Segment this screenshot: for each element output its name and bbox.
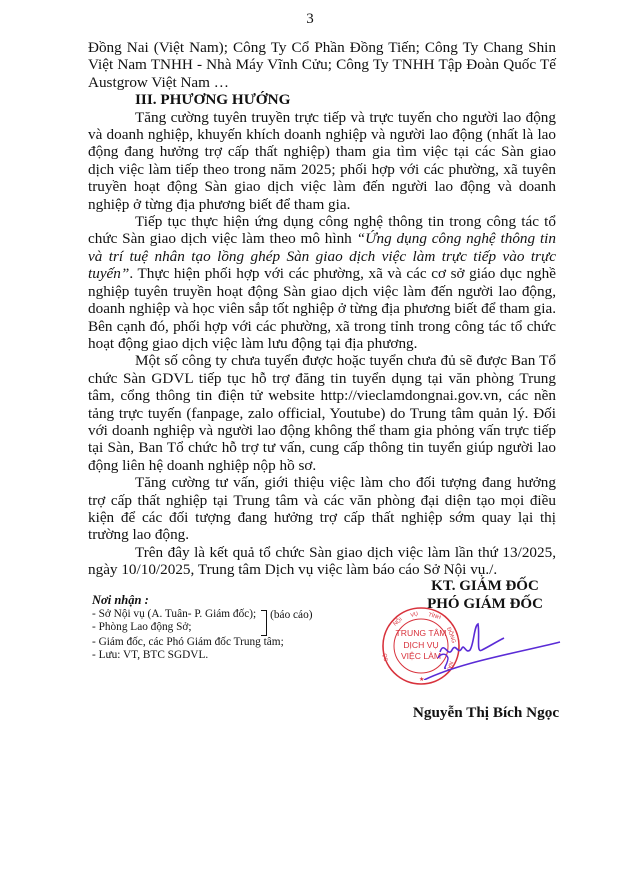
paragraph-3: Một số công ty chưa tuyển được hoặc tuyể… xyxy=(88,352,556,474)
signer-name: Nguyễn Thị Bích Ngọc xyxy=(400,704,572,722)
brace-note: (báo cáo) xyxy=(270,609,312,636)
paragraph-2-text-after: . Thực hiện phối hợp với các phường, xã … xyxy=(88,265,556,352)
paragraph-2: Tiếp tục thực hiện ứng dụng công nghệ th… xyxy=(88,213,556,352)
paragraph-1: Tăng cường tuyên truyền trực tiếp và trự… xyxy=(88,109,556,213)
paragraph-4: Tăng cường tư vấn, giới thiệu việc làm c… xyxy=(88,474,556,544)
paragraph-5: Trên đây là kết quả tổ chức Sàn giao dịc… xyxy=(88,544,556,579)
svg-text:NỘI: NỘI xyxy=(392,616,404,628)
brace-bracket xyxy=(261,610,267,636)
recipient-item: - Sở Nội vụ (A. Tuân- P. Giám đốc); xyxy=(92,608,256,621)
recipients-block: Nơi nhận : - Sở Nội vụ (A. Tuân- P. Giám… xyxy=(92,594,312,663)
continuation-paragraph: Đồng Nai (Việt Nam); Công Ty Cổ Phần Đồn… xyxy=(88,39,556,91)
document-body: Đồng Nai (Việt Nam); Công Ty Cổ Phần Đồn… xyxy=(88,39,556,579)
page-number: 3 xyxy=(0,11,620,28)
handwritten-signature-icon xyxy=(412,620,562,680)
recipient-item: - Lưu: VT, BTC SGDVL. xyxy=(92,649,312,662)
recipient-item: - Phòng Lao động Sở; xyxy=(92,621,256,634)
recipients-title: Nơi nhận : xyxy=(92,594,312,607)
svg-text:VỤ: VỤ xyxy=(410,611,419,619)
recipient-item: - Giám đốc, các Phó Giám đốc Trung tâm; xyxy=(92,636,312,649)
signature-line-1: KT. GIÁM ĐỐC xyxy=(400,578,570,596)
section-heading: III. PHƯƠNG HƯỚNG xyxy=(88,91,556,108)
